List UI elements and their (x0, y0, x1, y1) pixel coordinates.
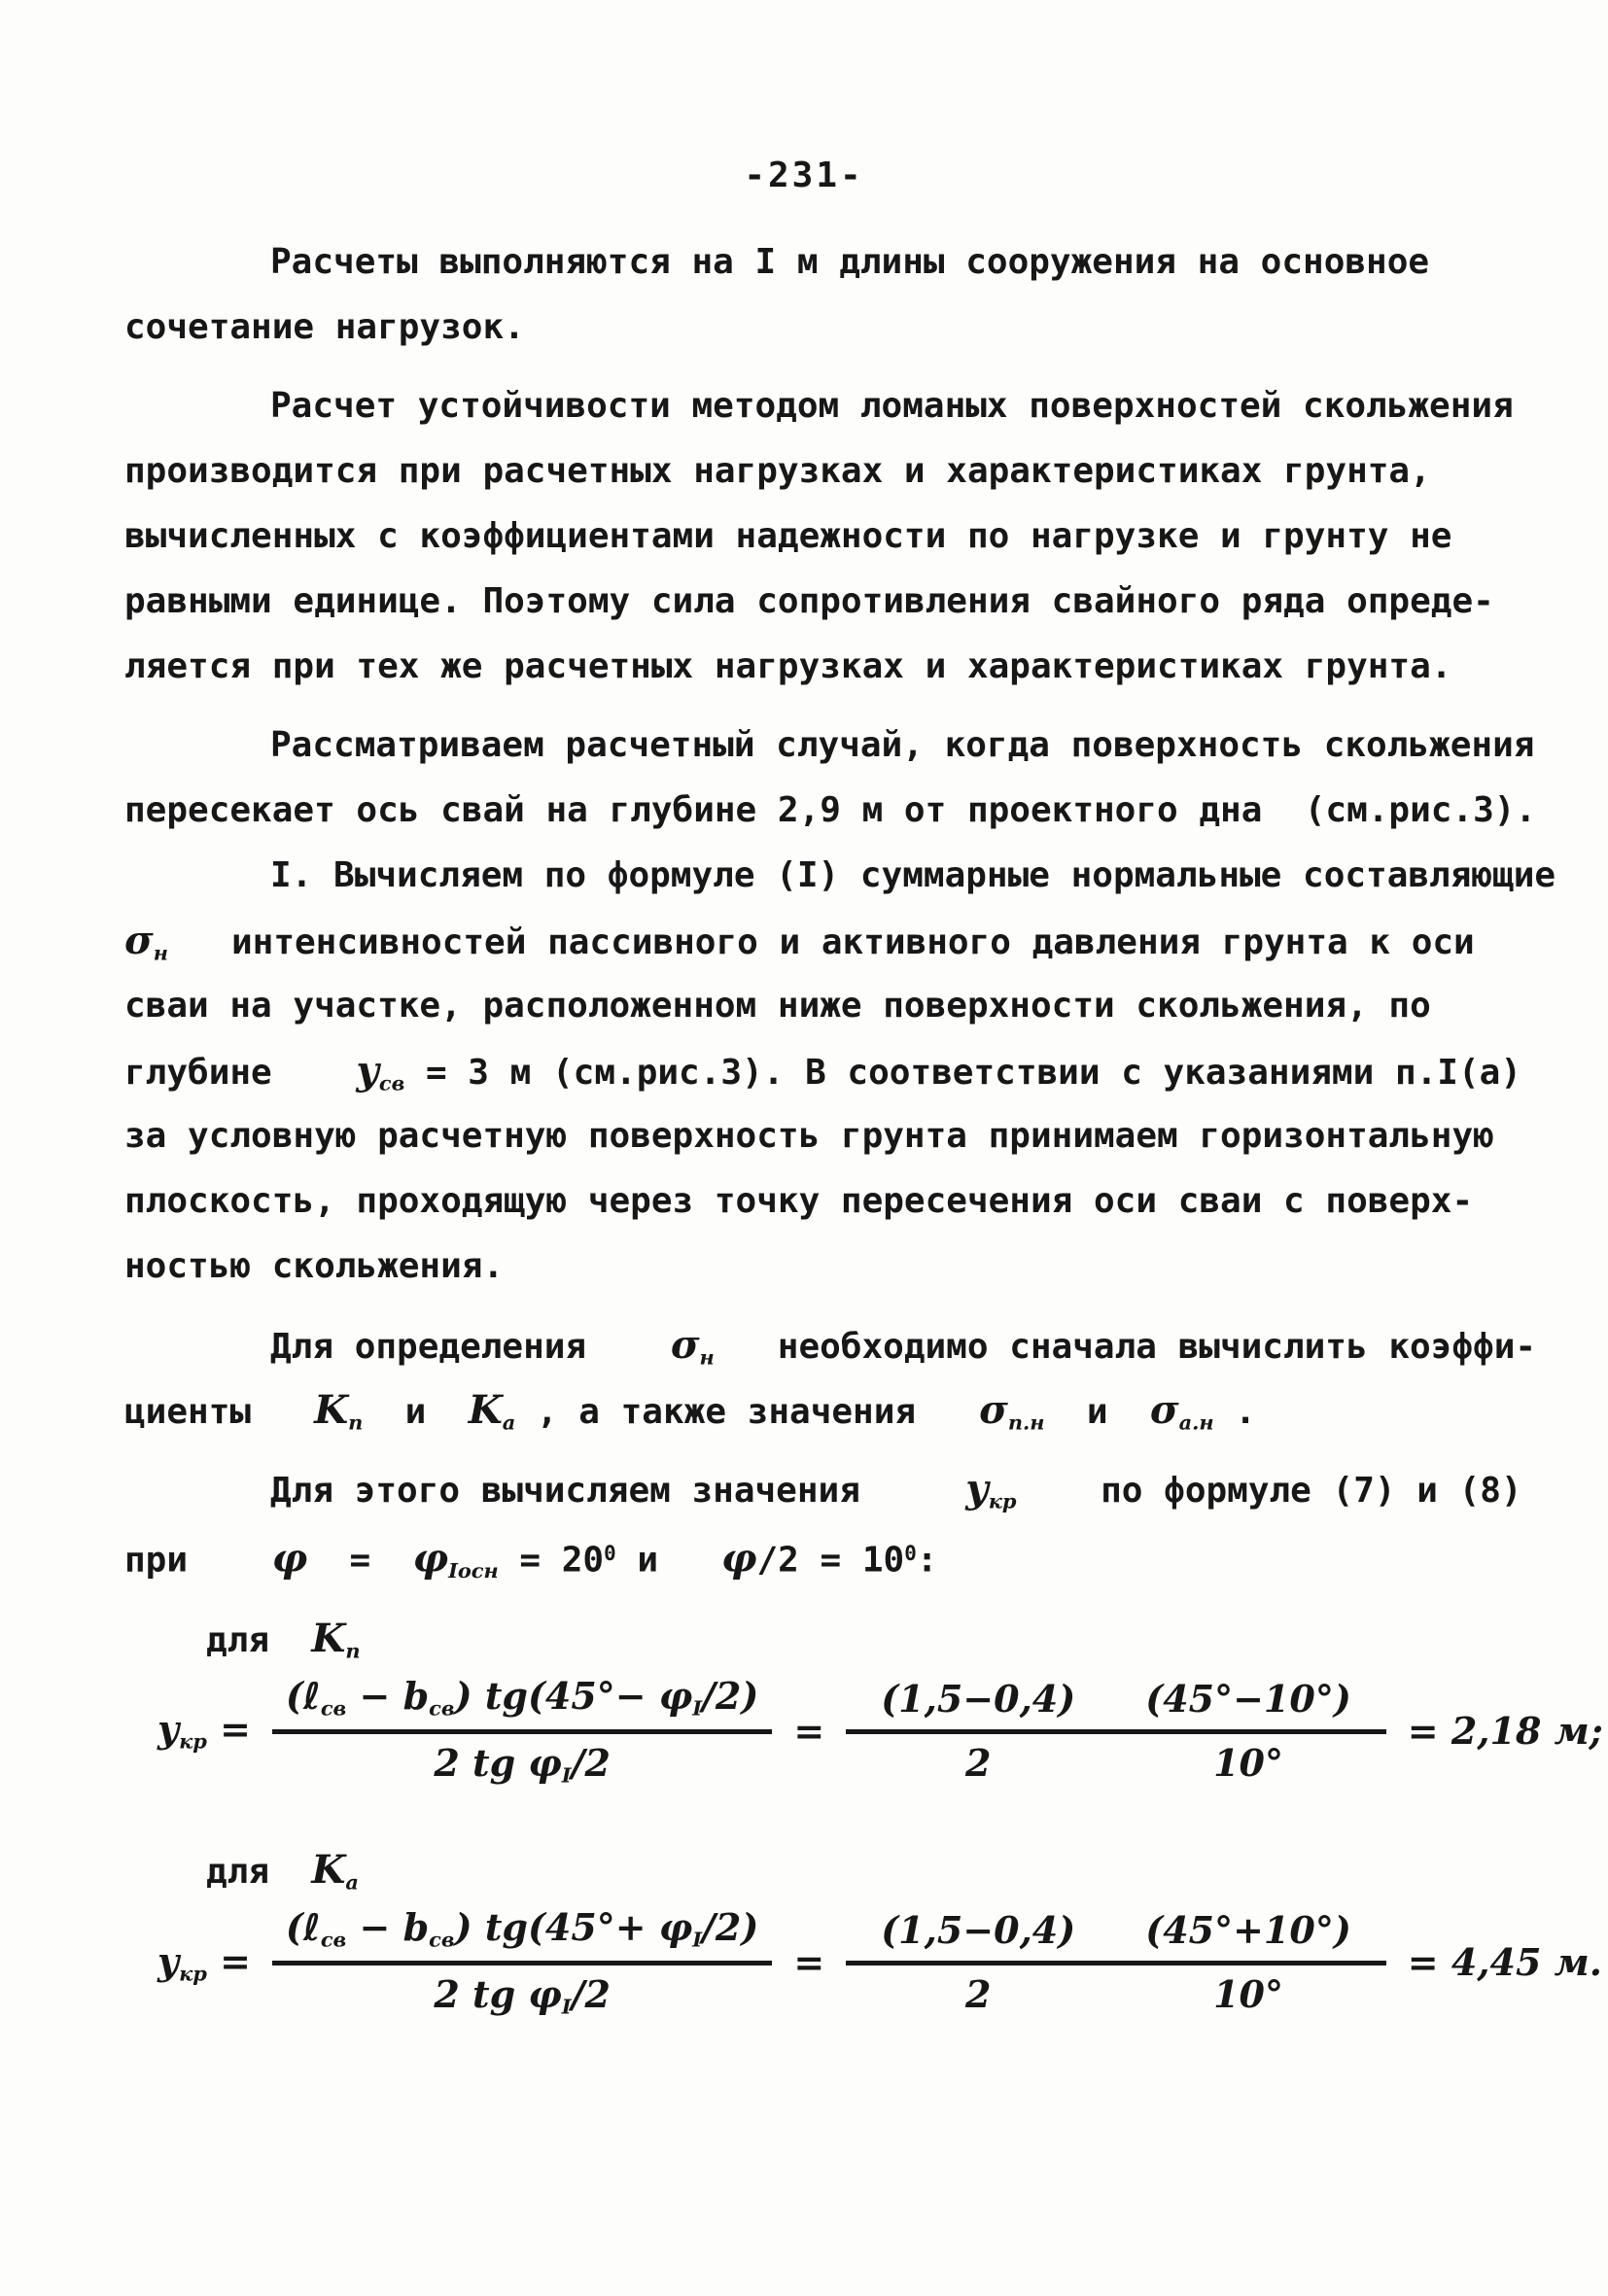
fraction-denominator: 2 (846, 1734, 1110, 1785)
page-number: -231- (0, 156, 1608, 195)
formula-block-ka: для Kа yкр = (ℓсв − bсв) tg(45°+ φI/2) 2… (124, 1841, 1515, 2018)
formula-fraction-symbolic: (ℓсв − bсв) tg(45°+ φI/2) 2 tg φI/2 (272, 1905, 772, 2018)
fraction-numerator: (ℓсв − bсв) tg(45°− φI/2) (272, 1674, 772, 1734)
text-line: Для определения σн необходимо сначала вы… (124, 1312, 1515, 1377)
fraction-denominator: 10° (1110, 1966, 1386, 2016)
fraction-denominator: 10° (1110, 1734, 1386, 1785)
fraction-numerator: (1,5−0,4) (846, 1677, 1110, 1734)
fraction-numerator: (45°+10°) (1110, 1908, 1386, 1966)
fraction-numerator: (1,5−0,4) (846, 1908, 1110, 1966)
fraction-column-left: (1,5−0,4) 2 (846, 1908, 1110, 2016)
formula-fraction-symbolic: (ℓсв − bсв) tg(45°− φI/2) 2 tg φI/2 (272, 1674, 772, 1787)
text-line: сочетание нагрузок. (124, 295, 1515, 360)
fraction-denominator: 2 tg φI/2 (434, 1966, 611, 2019)
text-line: Расчеты выполняются на I м длины сооруже… (124, 229, 1515, 295)
formula-label-ka: для Kа (206, 1841, 1515, 1897)
text-line: Рассматриваем расчетный случай, когда по… (124, 713, 1515, 778)
formula-lhs: yкр = (157, 1707, 251, 1754)
text-line: Для этого вычисляем значения yкр по форм… (124, 1456, 1515, 1521)
fraction-column-left: (1,5−0,4) 2 (846, 1677, 1110, 1785)
text-line: сваи на участке, расположенном ниже пове… (124, 973, 1515, 1038)
text-line: σн интенсивностей пассивного и активного… (124, 908, 1515, 973)
equals-sign: = (793, 1709, 824, 1753)
text-line: за условную расчетную поверхность грунта… (124, 1103, 1515, 1168)
equals-sign: = (793, 1940, 824, 1984)
text-lines: Расчеты выполняются на I м длины сооруже… (124, 229, 1515, 1586)
document-body: Расчеты выполняются на I м длины сооруже… (124, 229, 1515, 2044)
text-line: вычисленных с коэффициентами надежности … (124, 504, 1515, 569)
formula-result: = 2,18 м; (1408, 1709, 1603, 1753)
text-line: ностью скольжения. (124, 1234, 1515, 1299)
text-line: равными единице. Поэтому сила сопротивле… (124, 569, 1515, 634)
formula-block-kp: для Kп yкр = (ℓсв − bсв) tg(45°− φI/2) 2… (124, 1610, 1515, 1787)
text-line: плоскость, проходящую через точку пересе… (124, 1168, 1515, 1234)
document-page: -231- Расчеты выполняются на I м длины с… (0, 0, 1608, 2296)
fraction-column-right: (45°+10°) 10° (1110, 1908, 1386, 2016)
formula-result: = 4,45 м. (1408, 1940, 1602, 1984)
formula-ykr-ka: yкр = (ℓсв − bсв) tg(45°+ φI/2) 2 tg φI/… (157, 1905, 1515, 2018)
formula-fraction-numeric: (1,5−0,4) 2 (45°−10°) 10° (846, 1677, 1386, 1785)
text-line: глубине yсв = 3 м (см.рис.3). В соответс… (124, 1038, 1515, 1103)
text-line: I. Вычисляем по формуле (I) суммарные но… (124, 843, 1515, 908)
text-line: ляется при тех же расчетных нагрузках и … (124, 634, 1515, 699)
fraction-numerator: (45°−10°) (1110, 1677, 1386, 1734)
formula-ykr-kp: yкр = (ℓсв − bсв) tg(45°− φI/2) 2 tg φI/… (157, 1674, 1515, 1787)
fraction-column-right: (45°−10°) 10° (1110, 1677, 1386, 1785)
fraction-denominator: 2 (846, 1966, 1110, 2016)
formula-lhs: yкр = (157, 1939, 251, 1986)
formula-fraction-numeric: (1,5−0,4) 2 (45°+10°) 10° (846, 1908, 1386, 2016)
text-line: пересекает ось свай на глубине 2,9 м от … (124, 778, 1515, 843)
text-line: циенты Kп и Kа , а также значения σп.н и… (124, 1377, 1515, 1443)
fraction-numerator: (ℓсв − bсв) tg(45°+ φI/2) (272, 1905, 772, 1966)
text-line: производится при расчетных нагрузках и х… (124, 438, 1515, 504)
formula-label-kp: для Kп (206, 1610, 1515, 1666)
fraction-denominator: 2 tg φI/2 (434, 1734, 611, 1788)
text-line: Расчет устойчивости методом ломаных пове… (124, 373, 1515, 438)
text-line: при φ = φIосн = 200 и φ/2 = 100: (124, 1521, 1515, 1586)
